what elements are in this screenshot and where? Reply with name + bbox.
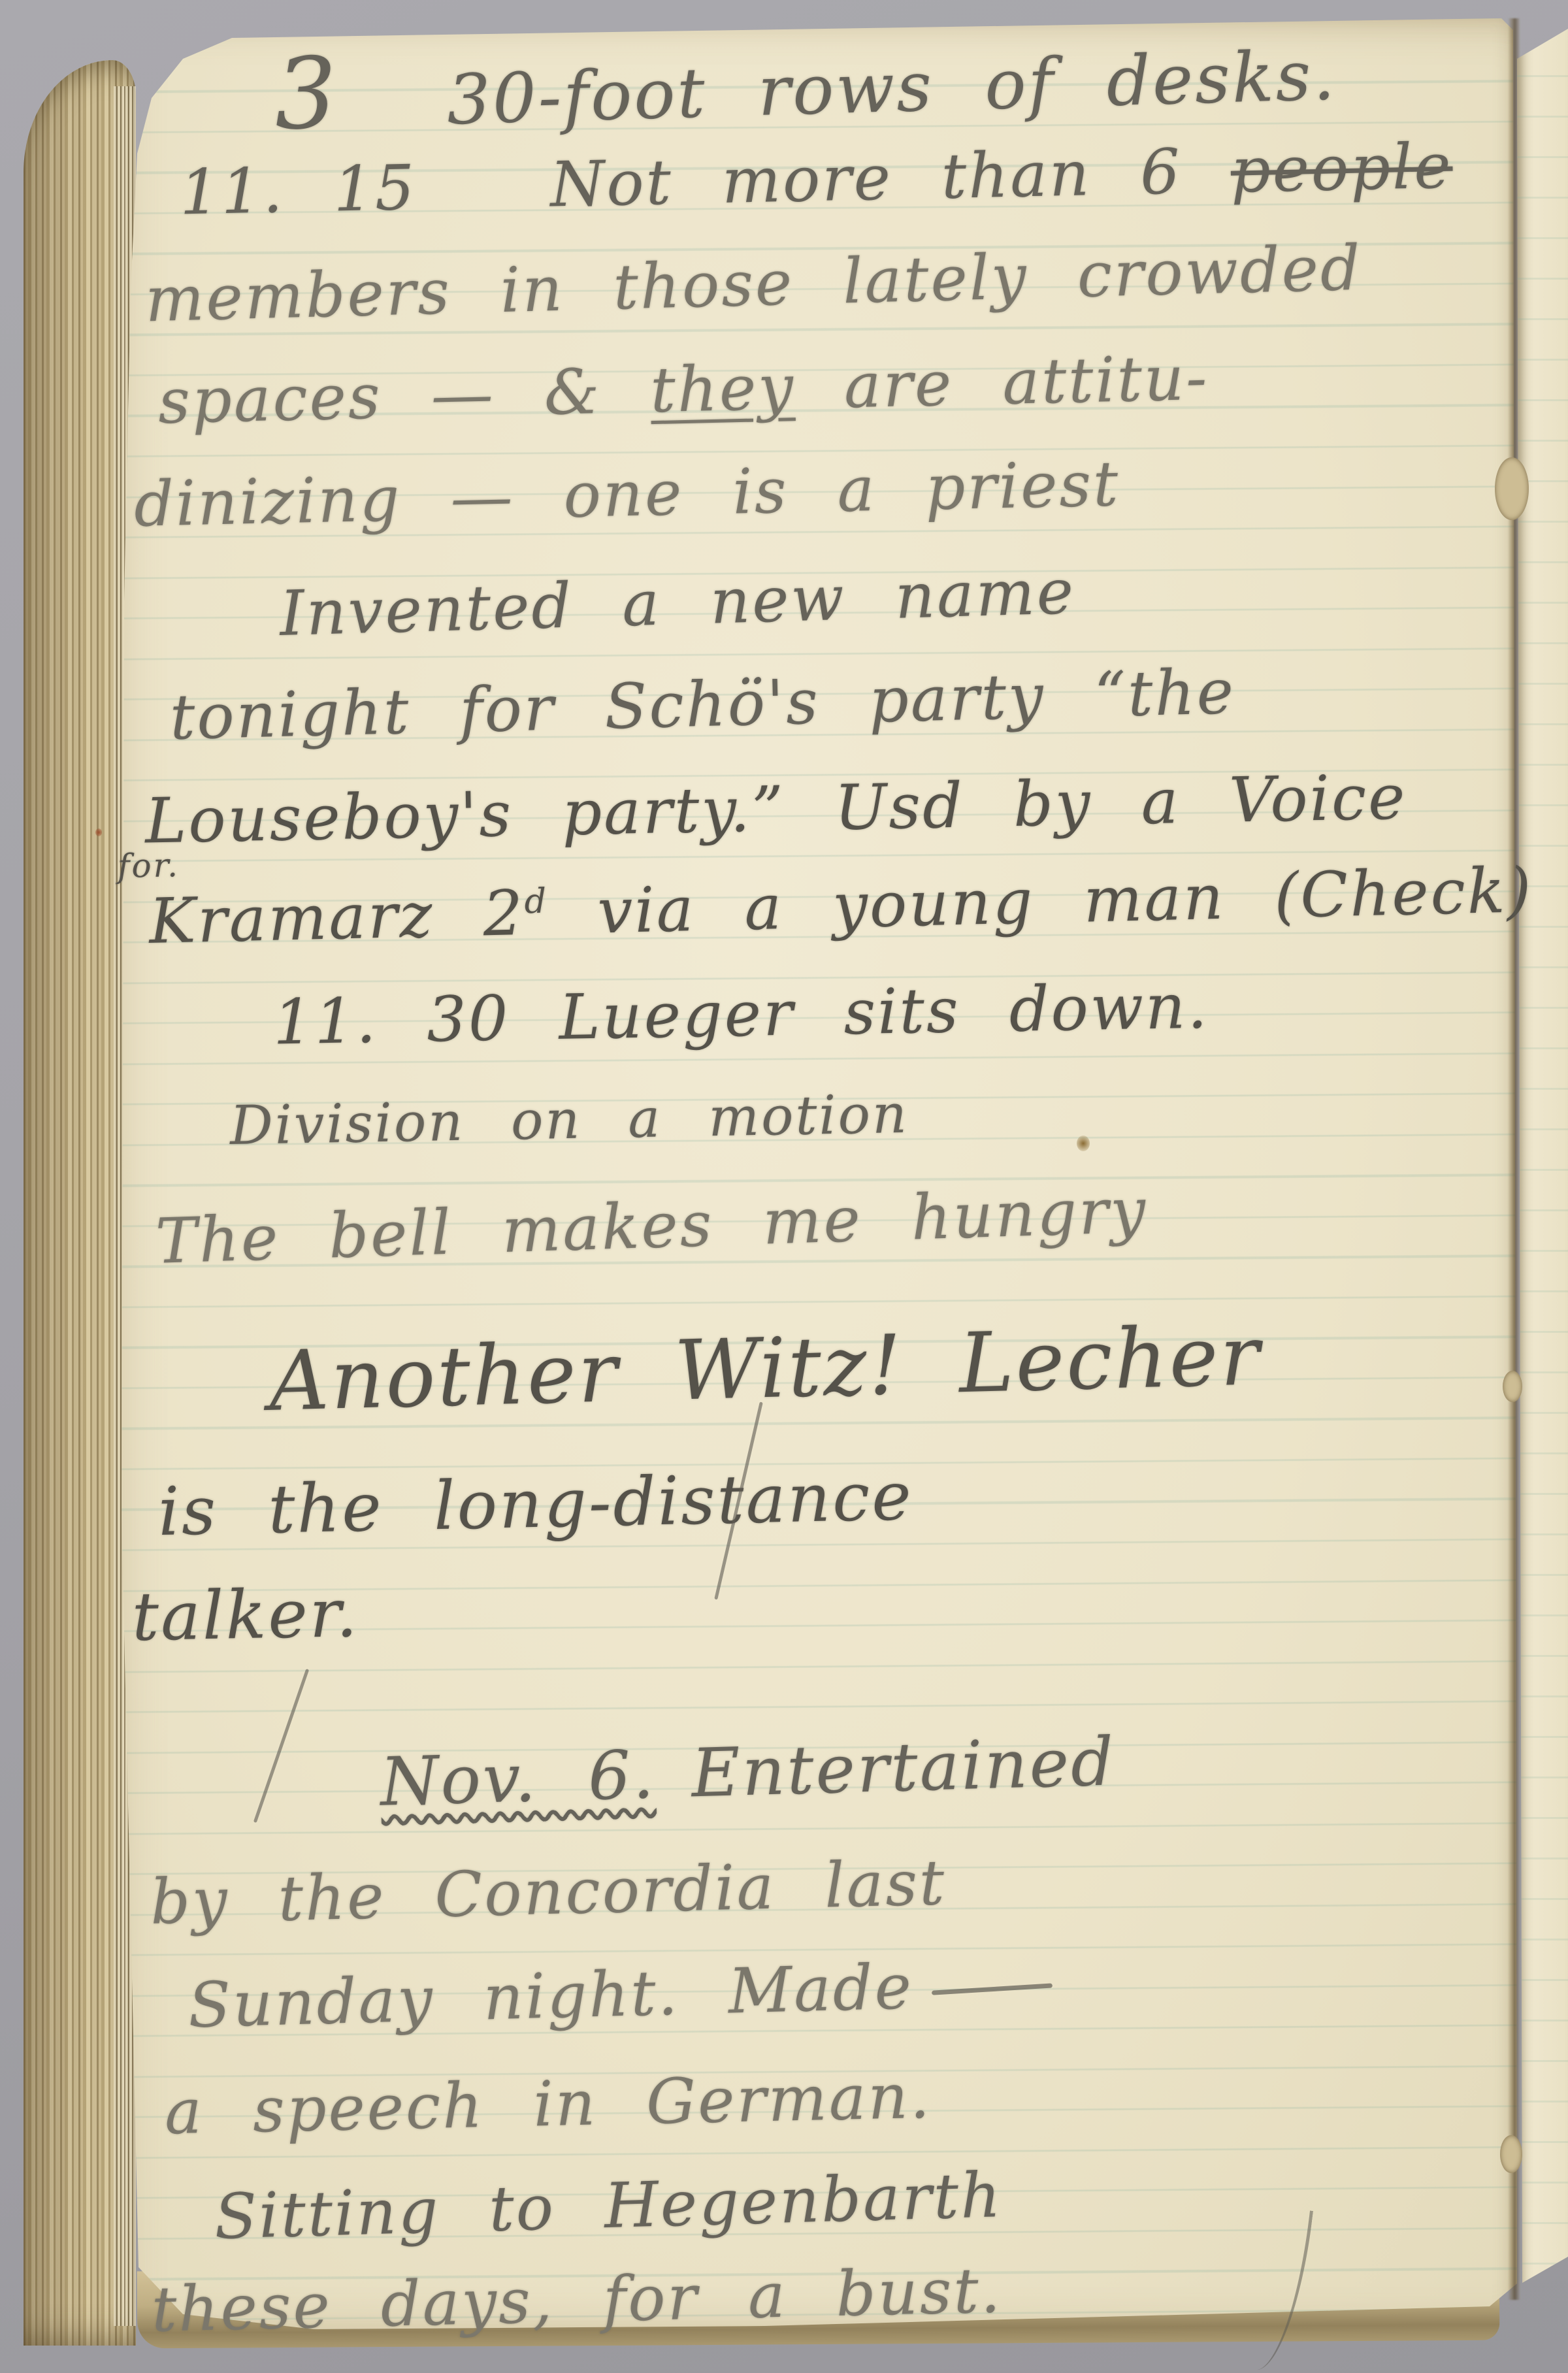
number-3: 3 bbox=[273, 37, 340, 152]
handwritten-line-16: Nov. 6.Entertained bbox=[380, 1729, 1117, 1816]
stray-pencil-curve bbox=[1239, 2204, 1313, 2373]
handwritten-line-5: dinizing — one is a priest bbox=[133, 453, 1120, 536]
stray-pencil-stroke bbox=[253, 1669, 309, 1823]
handwritten-line-13: Another Witz! Lecher bbox=[269, 1315, 1262, 1423]
handwritten-line-6: Invented a new name bbox=[279, 561, 1076, 646]
handwritten-line-14: is the long-distance bbox=[157, 1464, 913, 1546]
line-16-text: Entertained bbox=[691, 1723, 1117, 1812]
handwritten-line-2: 11. 15Not more than 6 people bbox=[179, 136, 1453, 225]
handwritten-line-20: Sitting to Hegenbarth bbox=[214, 2165, 1004, 2249]
handwritten-line-1: 330-foot rows of desks. bbox=[273, 16, 1337, 144]
handwritten-line-12: The bell makes me hungry bbox=[155, 1180, 1149, 1273]
handwritten-line-18: Sunday night. Made bbox=[188, 1953, 1053, 2038]
time-note-11-15: 11. 15 bbox=[179, 152, 417, 229]
time-note-11-30: 11. 30 bbox=[272, 983, 510, 1058]
handwriting-layer: 330-foot rows of desks. 11. 15Not more t… bbox=[0, 0, 1568, 2373]
line-2-text: Not more than 6 bbox=[549, 136, 1183, 221]
handwritten-line-17: by the Concordia last bbox=[150, 1852, 947, 1934]
handwritten-line-4: spaces — & they are attitu- bbox=[157, 348, 1209, 433]
notebook-scan: 330-foot rows of desks. 11. 15Not more t… bbox=[0, 0, 1568, 2373]
line-18-text: Sunday night. Made bbox=[188, 1951, 914, 2042]
handwritten-line-15: talker. bbox=[131, 1580, 359, 1651]
superscript-d: d bbox=[524, 882, 549, 922]
handwritten-line-3: members in those lately crowded bbox=[144, 238, 1363, 332]
line-4-post: are attitu- bbox=[794, 342, 1210, 423]
underlined-word: they bbox=[649, 352, 796, 427]
line-9-name: Kramarz 2 bbox=[148, 877, 525, 958]
line-9-rest: via a young man (Check) bbox=[547, 855, 1533, 949]
line-10-text: Lueger sits down. bbox=[558, 971, 1209, 1054]
handwritten-line-21: these days, for a bust. bbox=[151, 2260, 1003, 2342]
handwritten-line-8: Louseboy's party.” Usd by a Voice bbox=[144, 766, 1407, 853]
handwritten-line-7: tonight for Schö's party “the bbox=[169, 661, 1236, 749]
handwritten-line-9: Kramarz 2d via a young man (Check) bbox=[148, 860, 1533, 953]
handwritten-line-19: a speech in German. bbox=[164, 2066, 932, 2144]
underlined-date: Nov. 6. bbox=[380, 1736, 657, 1822]
pen-flourish bbox=[932, 1983, 1053, 1995]
struck-out-word: people bbox=[1230, 131, 1454, 207]
margin-note: for. bbox=[118, 849, 180, 883]
handwritten-line-11: Division on a motion bbox=[229, 1088, 909, 1153]
line-4-pre: spaces — & bbox=[157, 355, 651, 438]
handwritten-line-10: 11. 30 Lueger sits down. bbox=[272, 976, 1209, 1055]
line-1-text: 30-foot rows of desks. bbox=[446, 35, 1337, 140]
